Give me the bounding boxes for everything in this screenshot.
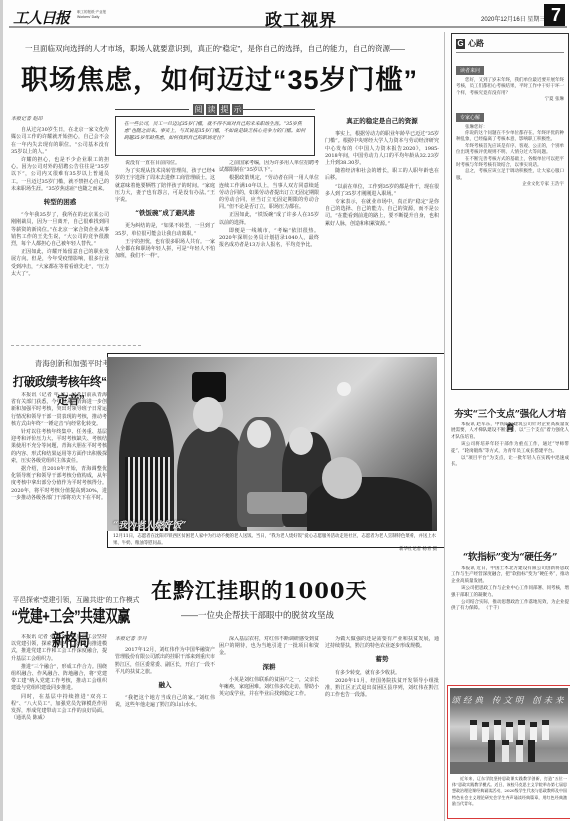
feature-column-3: 为做大做强的还是需要有产业和扶贫发展，通过持续帮扶，黔江的特色农业逐步形成规模。… (325, 636, 439, 816)
expert-reply: 张琳您好： 你说的这个问题在不少单位都存在。年终评优的种种乱象，已经偏离了考核本… (456, 125, 564, 189)
story-headline: “软指标”变为“硬任务” (451, 549, 569, 563)
divider (243, 109, 315, 110)
subhead: 真正的稳定是自己的资源 (325, 118, 439, 125)
subhead: 融入 (115, 682, 215, 689)
lead-column-2: 说没有一直在目前岗位。 为了实现从技术岗转管理岗，孩子已经4岁的王宇选择了周末去… (115, 160, 215, 350)
masthead: 工人日报 职工的报纸·产业报 Workers' Daily 政工视界 2020年… (9, 4, 567, 28)
news-photo (107, 357, 437, 531)
column-rule (444, 32, 445, 821)
feature-column-2: 深入基层农村，对红伟不断调研感受到贫困户的期待，也为当地引进了一批项目和资金。 … (219, 636, 319, 816)
lead-headline: 职场焦虑，如何迈过“35岁门槛” (21, 58, 418, 97)
subhead: 转型的困惑 (11, 199, 109, 206)
reading-hint-box: 在一些公司，员工一旦迈过35岁门槛，就不得不面对自己的未来职场生涯。“35岁焦虑… (115, 116, 315, 156)
photo-title: “我为老人烧好饭” (113, 518, 186, 531)
byline: 本报记者 李丹 (115, 636, 215, 643)
food-tray (247, 492, 307, 514)
lead-column-3: 之前国家考编，因为许多用人单位招聘考试都限制在“35岁以下”。 根据政策规定，“… (219, 160, 319, 350)
advice-column-box: G 心路 读者来问 您好，又到了岁末年终，我们单位最近要开展年终考核，员工们都担… (451, 33, 569, 390)
story-body: 本报讯 赵军东，中铁四局建筑公司针对企业高质量发展需要，人才梯队建设不断完善，以… (451, 422, 569, 528)
story-body: 本报讯 记者 张 山东平邑县总工会坚持以党建引领，探索“党建+工会”双向推进模式… (11, 634, 107, 816)
logo-subtitle: 职工的报纸·产业报 Workers' Daily (77, 10, 106, 19)
story-body: 本报讯（记者 年 年）记者日前从青海省有关部门获悉，今年以来，青海进一步创新和加… (11, 392, 107, 552)
dashed-divider (11, 345, 141, 346)
lead-column-1: 本报记者 赵昂 自从过完30岁生日，在北京一家文化传媒公司工作的许耀就开始担心，… (11, 116, 109, 334)
feature-column-1: 本报记者 李丹 2017年12月，刘红伟作为中国华融资产管理股份有限公司派出的挂… (115, 636, 215, 816)
subhead: “铁饭碗”成了避风港 (115, 210, 215, 217)
reading-hint-label: 阅 读 提 示 (193, 104, 243, 115)
byline: 本报记者 赵昂 (11, 116, 109, 123)
column-logo-icon: G (456, 39, 465, 49)
photo-credit: 新华社记者 杨青 摄 (113, 547, 437, 554)
expert-answer-tag: 专家心解 (456, 113, 484, 122)
advice-column-header: G 心路 (456, 38, 564, 53)
story-kicker: 平邑探索“党建引领，互融共进”的工作模式 (11, 594, 141, 604)
page-number: 7 (547, 4, 565, 26)
section-title: 政工视界 (265, 6, 337, 31)
divider (115, 109, 189, 110)
feature-subtitle: ——一位央企帮扶干部眼中的脱贫攻坚战 (181, 609, 334, 621)
newspaper-page: 工人日报 职工的报纸·产业报 Workers' Daily 政工视界 2020年… (0, 0, 570, 821)
subhead: 蓄势 (325, 656, 439, 663)
lead-deck: 一旦面临双向选择的人才市场，职场人就要意识到，真正的“稳定”，是你自己的选择，自… (25, 43, 425, 54)
column-title: 心路 (468, 38, 484, 49)
issue-date: 2020年12月16日 星期三 (481, 14, 545, 23)
lead-column-4: 真正的稳定是自己的资源 事实上，根据劳动力的职业年龄早已迈过“35岁门槛”。根据… (325, 112, 439, 350)
reader-letter: 您好，又到了岁末年终，我们单位最近要开展年终考核，员工们都担心考核结果，平时工作… (456, 78, 564, 104)
subhead: 深耕 (219, 664, 319, 671)
reader-question-tag: 读者来问 (456, 66, 484, 75)
newspaper-logo: 工人日报 (13, 7, 69, 28)
photo-caption: 近年来，辽东学院坚持思政课实践教学创新，打造“五位一体”思政实践教学模式。近日，… (452, 776, 567, 807)
photo-caption: 12月11日，志愿者在沈阳市铁西区贫困老人家中为行动不便的老人送饭。当日，“我为… (113, 534, 437, 554)
feature-headline: 在黔江挂职的1000天 (151, 575, 367, 605)
recital-photo: 颂经典 传文明 创未来 (450, 688, 568, 774)
story-body: 本报讯 近日，中国土木北方建设有限公司创新将思政工作与生产经营深度融合，把“软指… (451, 566, 569, 678)
stage-banner: 颂经典 传文明 创未来 (450, 694, 568, 706)
